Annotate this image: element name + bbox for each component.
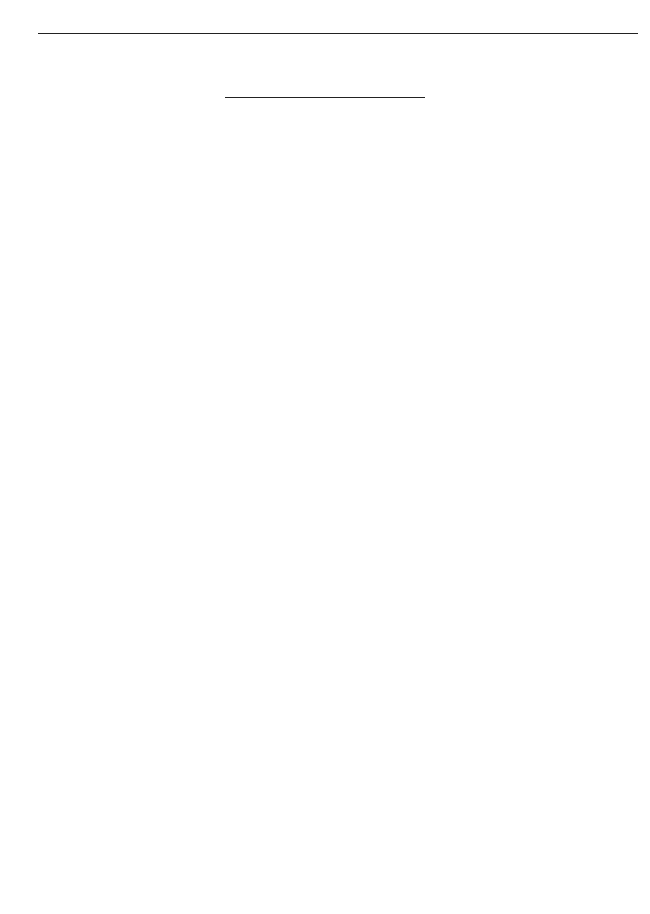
byline-rule (225, 97, 425, 98)
masthead-rule (38, 33, 638, 34)
article1-column-3 (312, 114, 455, 364)
article1-column-1 (38, 59, 156, 610)
article1-column-2 (163, 114, 306, 364)
